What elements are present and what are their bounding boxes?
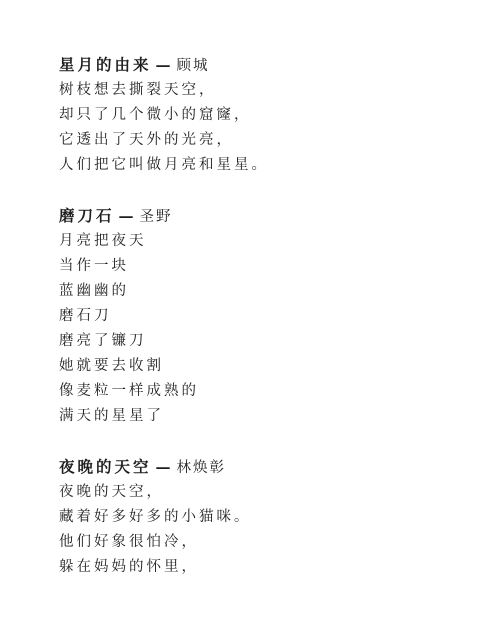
poem-line: 当作一块 (59, 254, 459, 279)
poem-title: 星月的由来 (59, 55, 152, 74)
poem-line: 磨亮了镰刀 (59, 329, 459, 354)
poem-author: 顾城 (177, 58, 210, 74)
poem-star-moon-origin: 星月的由来—顾城 树枝想去撕裂天空， 却只了几个微小的窟窿， 它透出了天外的光亮… (59, 52, 459, 178)
poem-line: 人们把它叫做月亮和星星。 (59, 153, 459, 178)
poem-line: 树枝想去撕裂天空， (59, 78, 459, 103)
poem-author: 林焕彰 (177, 460, 227, 476)
poem-line: 它透出了天外的光亮， (59, 128, 459, 153)
poem-line: 满天的星星了 (59, 404, 459, 429)
poem-line: 他们好象很怕冷， (59, 530, 459, 555)
poem-title: 夜晚的天空 (59, 457, 152, 476)
poem-line: 像麦粒一样成熟的 (59, 379, 459, 404)
poem-line: 夜晚的天空， (59, 480, 459, 505)
poem-whetstone: 磨刀石—圣野 月亮把夜天 当作一块 蓝幽幽的 磨石刀 磨亮了镰刀 她就要去收割 … (59, 203, 459, 429)
poem-night-sky: 夜晚的天空—林焕彰 夜晚的天空， 藏着好多好多的小猫咪。 他们好象很怕冷， 躲在… (59, 454, 459, 580)
poem-title: 磨刀石 (59, 206, 115, 225)
poem-title-row: 夜晚的天空—林焕彰 (59, 454, 459, 480)
title-author-dash: — (156, 56, 171, 74)
title-author-dash: — (119, 207, 134, 225)
document-page: 星月的由来—顾城 树枝想去撕裂天空， 却只了几个微小的窟窿， 它透出了天外的光亮… (0, 0, 495, 640)
poem-author: 圣野 (140, 209, 173, 225)
poem-title-row: 星月的由来—顾城 (59, 52, 459, 78)
poem-line: 月亮把夜天 (59, 229, 459, 254)
poem-line: 躲在妈妈的怀里， (59, 555, 459, 580)
poem-line: 却只了几个微小的窟窿， (59, 103, 459, 128)
poem-line: 磨石刀 (59, 304, 459, 329)
poem-line: 蓝幽幽的 (59, 279, 459, 304)
poem-line: 她就要去收割 (59, 354, 459, 379)
poem-title-row: 磨刀石—圣野 (59, 203, 459, 229)
poem-line: 藏着好多好多的小猫咪。 (59, 505, 459, 530)
title-author-dash: — (156, 458, 171, 476)
